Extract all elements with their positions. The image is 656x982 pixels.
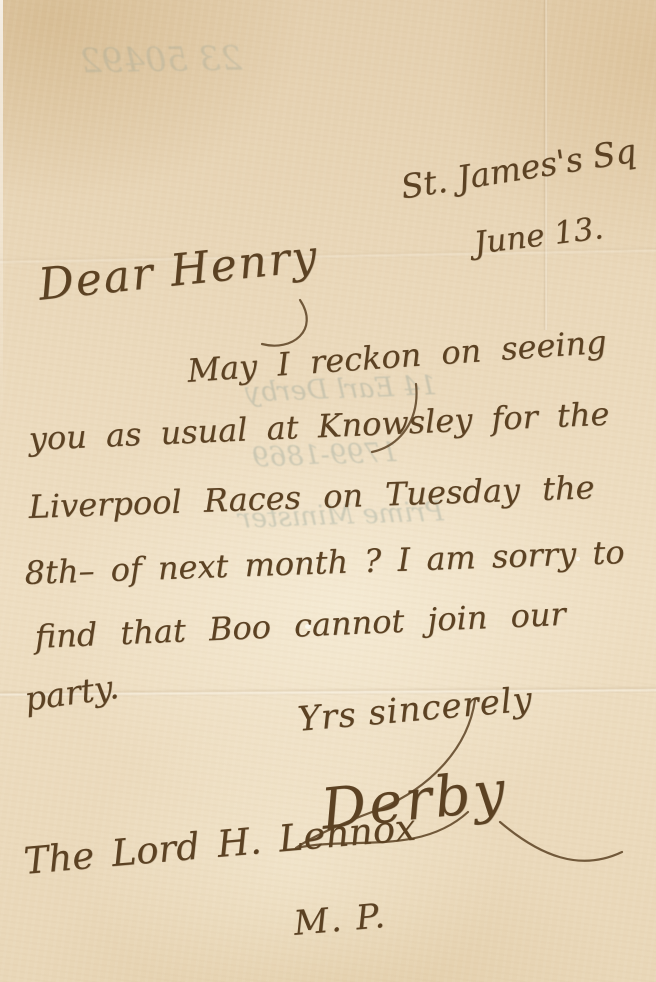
salutation: Dear Henry (36, 231, 321, 311)
body-line-4: 8th– of next month ? I am sorry to (24, 533, 625, 592)
letter-scan: 23 50492 14 Earl Derby 1799-1869 Prime M… (0, 0, 656, 982)
recipient-name: The Lord H. Lennox (22, 806, 417, 883)
show-through-catalog-number: 23 50492 (80, 39, 243, 82)
recipient-title: M. P. (292, 896, 388, 944)
letter-address: St. James's Sq (398, 131, 639, 207)
body-line-6: party. (22, 667, 121, 719)
body-line-5: find that Boo cannot join our (34, 595, 566, 656)
scan-edge-highlight (0, 0, 3, 420)
